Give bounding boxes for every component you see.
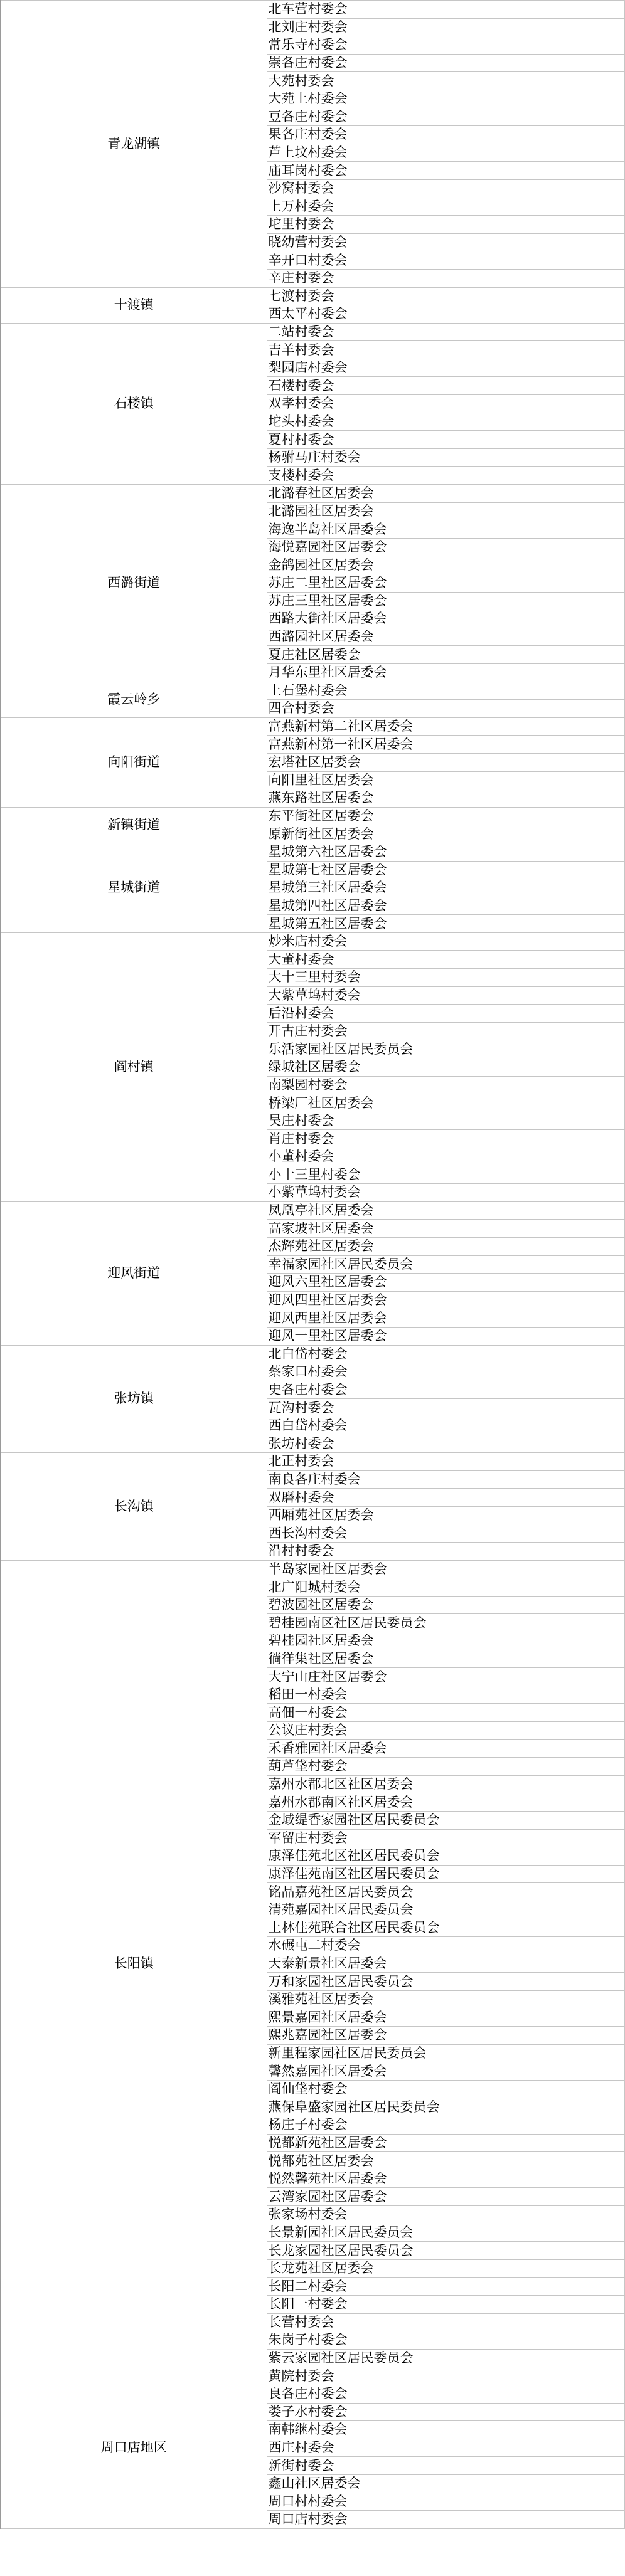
table-row: 新镇街道东平街社区居委会	[1, 807, 624, 825]
district-cell: 张坊镇	[1, 1345, 267, 1453]
committee-cell: 星城第四社区居委会	[267, 897, 624, 915]
committee-cell: 向阳里社区居委会	[267, 771, 624, 789]
committee-cell: 小董村委会	[267, 1148, 624, 1166]
committee-cell: 沙窝村委会	[267, 179, 624, 198]
committee-cell: 杰辉苑社区居委会	[267, 1237, 624, 1255]
committee-cell: 黄院村委会	[267, 2367, 624, 2385]
committee-cell: 杨驸马庄村委会	[267, 448, 624, 467]
table-row: 青龙湖镇北车营村委会	[1, 1, 624, 19]
committee-cell: 长景新园社区居民委员会	[267, 2224, 624, 2242]
committee-cell: 熙兆嘉园社区居委会	[267, 2027, 624, 2045]
committee-cell: 金鸽园社区居委会	[267, 556, 624, 574]
committee-cell: 吴庄村委会	[267, 1112, 624, 1130]
committee-cell: 上石堡村委会	[267, 682, 624, 700]
committee-cell: 果各庄村委会	[267, 126, 624, 144]
committee-cell: 嘉州水郡南区社区居委会	[267, 1793, 624, 1812]
committee-cell: 小十三里村委会	[267, 1166, 624, 1184]
district-cell: 西潞街道	[1, 485, 267, 682]
committee-cell: 凤凰亭社区居委会	[267, 1201, 624, 1220]
committee-cell: 辛开口村委会	[267, 251, 624, 270]
committee-cell: 熙景嘉园社区居委会	[267, 2009, 624, 2027]
committee-cell: 新街村委会	[267, 2457, 624, 2475]
committee-cell: 北广阳城村委会	[267, 1578, 624, 1597]
district-cell: 迎风街道	[1, 1201, 267, 1345]
committee-cell: 南韩继村委会	[267, 2421, 624, 2439]
committee-cell: 张家场村委会	[267, 2206, 624, 2224]
district-cell: 霞云岭乡	[1, 682, 267, 717]
committee-cell: 梨园店村委会	[267, 359, 624, 377]
committee-cell: 鑫山社区居委会	[267, 2474, 624, 2493]
table-row: 石楼镇二站村委会	[1, 323, 624, 341]
committee-cell: 西潞园社区居委会	[267, 628, 624, 646]
committee-cell: 北刘庄村委会	[267, 18, 624, 36]
committee-cell: 西白岱村委会	[267, 1417, 624, 1435]
committee-cell: 稻田一村委会	[267, 1686, 624, 1704]
committee-cell: 大苑村委会	[267, 72, 624, 90]
district-cell: 向阳街道	[1, 717, 267, 807]
committee-cell: 辛庄村委会	[267, 269, 624, 287]
committee-cell: 肖庄村委会	[267, 1130, 624, 1148]
committee-cell: 沿村村委会	[267, 1543, 624, 1561]
committee-cell: 高家坡社区居委会	[267, 1220, 624, 1238]
table-row: 长阳镇半岛家园社区居委会	[1, 1560, 624, 1578]
table-row: 阎村镇炒米店村委会	[1, 932, 624, 951]
committee-cell: 悦都新苑社区居委会	[267, 2134, 624, 2152]
committee-cell: 云湾家园社区居委会	[267, 2188, 624, 2206]
committee-cell: 瓦沟村委会	[267, 1399, 624, 1417]
committee-cell: 康泽佳苑北区社区居民委员会	[267, 1847, 624, 1866]
committee-cell: 海逸半岛社区居委会	[267, 520, 624, 539]
committee-cell: 悦都苑社区居委会	[267, 2152, 624, 2170]
committee-cell: 长龙家园社区居民委员会	[267, 2242, 624, 2260]
committee-cell: 二站村委会	[267, 323, 624, 341]
committee-cell: 徜徉集社区居委会	[267, 1650, 624, 1668]
committee-cell: 碧桂园社区居委会	[267, 1632, 624, 1650]
committee-cell: 良各庄村委会	[267, 2385, 624, 2403]
committee-cell: 新里程家园社区居民委员会	[267, 2044, 624, 2062]
committee-cell: 周口店村委会	[267, 2511, 624, 2529]
committee-cell: 碧桂园南区社区居民委员会	[267, 1614, 624, 1632]
committee-cell: 长营村委会	[267, 2313, 624, 2331]
committee-cell: 紫云家园社区居民委员会	[267, 2349, 624, 2367]
committee-cell: 金域缇香家园社区居民委员会	[267, 1811, 624, 1829]
committee-cell: 碧波园社区居委会	[267, 1596, 624, 1614]
committee-cell: 馨然嘉园社区居委会	[267, 2062, 624, 2081]
committee-cell: 史各庄村委会	[267, 1381, 624, 1399]
committee-cell: 苏庄三里社区居委会	[267, 592, 624, 610]
table-body: 青龙湖镇北车营村委会北刘庄村委会常乐寺村委会崇各庄村委会大苑村委会大苑上村委会豆…	[1, 1, 624, 2529]
committee-cell: 铭品嘉苑社区居民委员会	[267, 1883, 624, 1901]
committee-cell: 桥梁厂社区居委会	[267, 1094, 624, 1112]
committee-cell: 星城第七社区居委会	[267, 861, 624, 879]
committee-cell: 星城第六社区居委会	[267, 843, 624, 861]
committee-cell: 蔡家口村委会	[267, 1363, 624, 1381]
committee-cell: 长阳一村委会	[267, 2296, 624, 2314]
district-cell: 石楼镇	[1, 323, 267, 484]
committee-cell: 开古庄村委会	[267, 1022, 624, 1040]
committee-cell: 娄子水村委会	[267, 2403, 624, 2421]
committee-cell: 双孝村委会	[267, 395, 624, 413]
committee-cell: 坨里村委会	[267, 216, 624, 234]
committee-cell: 常乐寺村委会	[267, 36, 624, 55]
committee-cell: 葫芦垡村委会	[267, 1758, 624, 1776]
committee-cell: 燕东路社区居委会	[267, 789, 624, 808]
committee-cell: 溪雅苑社区居委会	[267, 1990, 624, 2009]
committee-cell: 大紫草坞村委会	[267, 986, 624, 1005]
committee-cell: 大苑上村委会	[267, 90, 624, 108]
table-row: 迎风街道凤凰亭社区居委会	[1, 1201, 624, 1220]
district-cell: 青龙湖镇	[1, 1, 267, 288]
committee-cell: 燕保阜盛家园社区居民委员会	[267, 2098, 624, 2116]
committee-cell: 东平街社区居委会	[267, 807, 624, 825]
district-committee-table: 青龙湖镇北车营村委会北刘庄村委会常乐寺村委会崇各庄村委会大苑村委会大苑上村委会豆…	[0, 0, 625, 2529]
committee-cell: 阎仙垡村委会	[267, 2080, 624, 2098]
table-row: 长沟镇北正村委会	[1, 1453, 624, 1471]
committee-cell: 苏庄二里社区居委会	[267, 574, 624, 593]
committee-cell: 西长沟村委会	[267, 1524, 624, 1543]
table-row: 张坊镇北白岱村委会	[1, 1345, 624, 1363]
table-row: 霞云岭乡上石堡村委会	[1, 682, 624, 700]
committee-cell: 迎风西里社区居委会	[267, 1309, 624, 1328]
district-cell: 新镇街道	[1, 807, 267, 843]
committee-cell: 月华东里社区居委会	[267, 663, 624, 682]
committee-cell: 支楼村委会	[267, 467, 624, 485]
committee-cell: 康泽佳苑南区社区居民委员会	[267, 1865, 624, 1883]
committee-cell: 星城第五社区居委会	[267, 915, 624, 933]
committee-cell: 西路大街社区居委会	[267, 610, 624, 628]
committee-cell: 石楼村委会	[267, 377, 624, 395]
committee-cell: 绿城社区居委会	[267, 1058, 624, 1077]
committee-cell: 北白岱村委会	[267, 1345, 624, 1363]
committee-cell: 吉羊村委会	[267, 341, 624, 359]
committee-cell: 西厢苑社区居委会	[267, 1506, 624, 1524]
committee-cell: 杨庄子村委会	[267, 2116, 624, 2135]
committee-cell: 小紫草坞村委会	[267, 1184, 624, 1202]
table-row: 星城街道星城第六社区居委会	[1, 843, 624, 861]
district-cell: 阎村镇	[1, 932, 267, 1201]
committee-cell: 南良各庄村委会	[267, 1470, 624, 1489]
committee-cell: 大宁山庄社区居委会	[267, 1668, 624, 1686]
committee-cell: 乐活家园社区居民委员会	[267, 1040, 624, 1058]
committee-cell: 海悦嘉园社区居委会	[267, 538, 624, 556]
committee-cell: 天泰新景社区居委会	[267, 1955, 624, 1973]
committee-cell: 西太平村委会	[267, 305, 624, 324]
committee-cell: 朱岗子村委会	[267, 2331, 624, 2350]
committee-cell: 豆各庄村委会	[267, 108, 624, 126]
committee-cell: 夏庄社区居委会	[267, 646, 624, 664]
committee-cell: 四合村委会	[267, 700, 624, 718]
committee-cell: 迎风四里社区居委会	[267, 1291, 624, 1309]
committee-cell: 后沿村委会	[267, 1005, 624, 1023]
committee-cell: 七渡村委会	[267, 287, 624, 305]
committee-cell: 清苑嘉园社区居民委员会	[267, 1901, 624, 1919]
district-cell: 星城街道	[1, 843, 267, 932]
committee-cell: 军留庄村委会	[267, 1829, 624, 1847]
committee-cell: 西庄村委会	[267, 2439, 624, 2457]
committee-cell: 晓幼营村委会	[267, 233, 624, 251]
committee-cell: 星城第三社区居委会	[267, 879, 624, 897]
committee-cell: 长阳二村委会	[267, 2278, 624, 2296]
committee-cell: 南梨园村委会	[267, 1076, 624, 1094]
committee-cell: 周口村村委会	[267, 2493, 624, 2511]
committee-cell: 芦上坟村委会	[267, 144, 624, 162]
district-cell: 长阳镇	[1, 1560, 267, 2367]
committee-cell: 原新街社区居委会	[267, 825, 624, 843]
committee-cell: 夏村村委会	[267, 431, 624, 449]
committee-cell: 上林佳苑联合社区居民委员会	[267, 1919, 624, 1937]
district-cell: 长沟镇	[1, 1453, 267, 1561]
table-row: 周口店地区黄院村委会	[1, 2367, 624, 2385]
committee-cell: 富燕新村第二社区居委会	[267, 717, 624, 736]
committee-cell: 上万村委会	[267, 198, 624, 216]
committee-cell: 大董村委会	[267, 951, 624, 969]
table-row: 向阳街道富燕新村第二社区居委会	[1, 717, 624, 736]
committee-cell: 炒米店村委会	[267, 932, 624, 951]
committee-cell: 庙耳岗村委会	[267, 162, 624, 180]
committee-cell: 悦然馨苑社区居委会	[267, 2170, 624, 2188]
committee-cell: 幸福家园社区居民委员会	[267, 1255, 624, 1274]
committee-cell: 长龙苑社区居委会	[267, 2259, 624, 2278]
committee-cell: 坨头村委会	[267, 413, 624, 431]
committee-cell: 禾香雅园社区居委会	[267, 1739, 624, 1758]
committee-cell: 水碾屯二村委会	[267, 1937, 624, 1955]
committee-cell: 半岛家园社区居委会	[267, 1560, 624, 1578]
committee-cell: 迎风六里社区居委会	[267, 1274, 624, 1292]
district-cell: 周口店地区	[1, 2367, 267, 2528]
committee-cell: 双磨村委会	[267, 1489, 624, 1507]
committee-cell: 张坊村委会	[267, 1435, 624, 1453]
table-row: 西潞街道北潞春社区居委会	[1, 485, 624, 503]
committee-cell: 迎风一里社区居委会	[267, 1327, 624, 1345]
committee-cell: 北车营村委会	[267, 1, 624, 19]
committee-cell: 嘉州水郡北区社区居委会	[267, 1775, 624, 1793]
committee-cell: 北正村委会	[267, 1453, 624, 1471]
committee-cell: 公议庄村委会	[267, 1722, 624, 1740]
committee-cell: 北潞园社区居委会	[267, 502, 624, 520]
district-cell: 十渡镇	[1, 287, 267, 323]
committee-cell: 万和家园社区居民委员会	[267, 1973, 624, 1991]
committee-cell: 崇各庄村委会	[267, 54, 624, 72]
committee-cell: 富燕新村第一社区居委会	[267, 736, 624, 754]
committee-cell: 北潞春社区居委会	[267, 485, 624, 503]
committee-cell: 宏塔社区居委会	[267, 753, 624, 771]
committee-cell: 大十三里村委会	[267, 969, 624, 987]
table-row: 十渡镇七渡村委会	[1, 287, 624, 305]
committee-cell: 高佃一村委会	[267, 1704, 624, 1722]
